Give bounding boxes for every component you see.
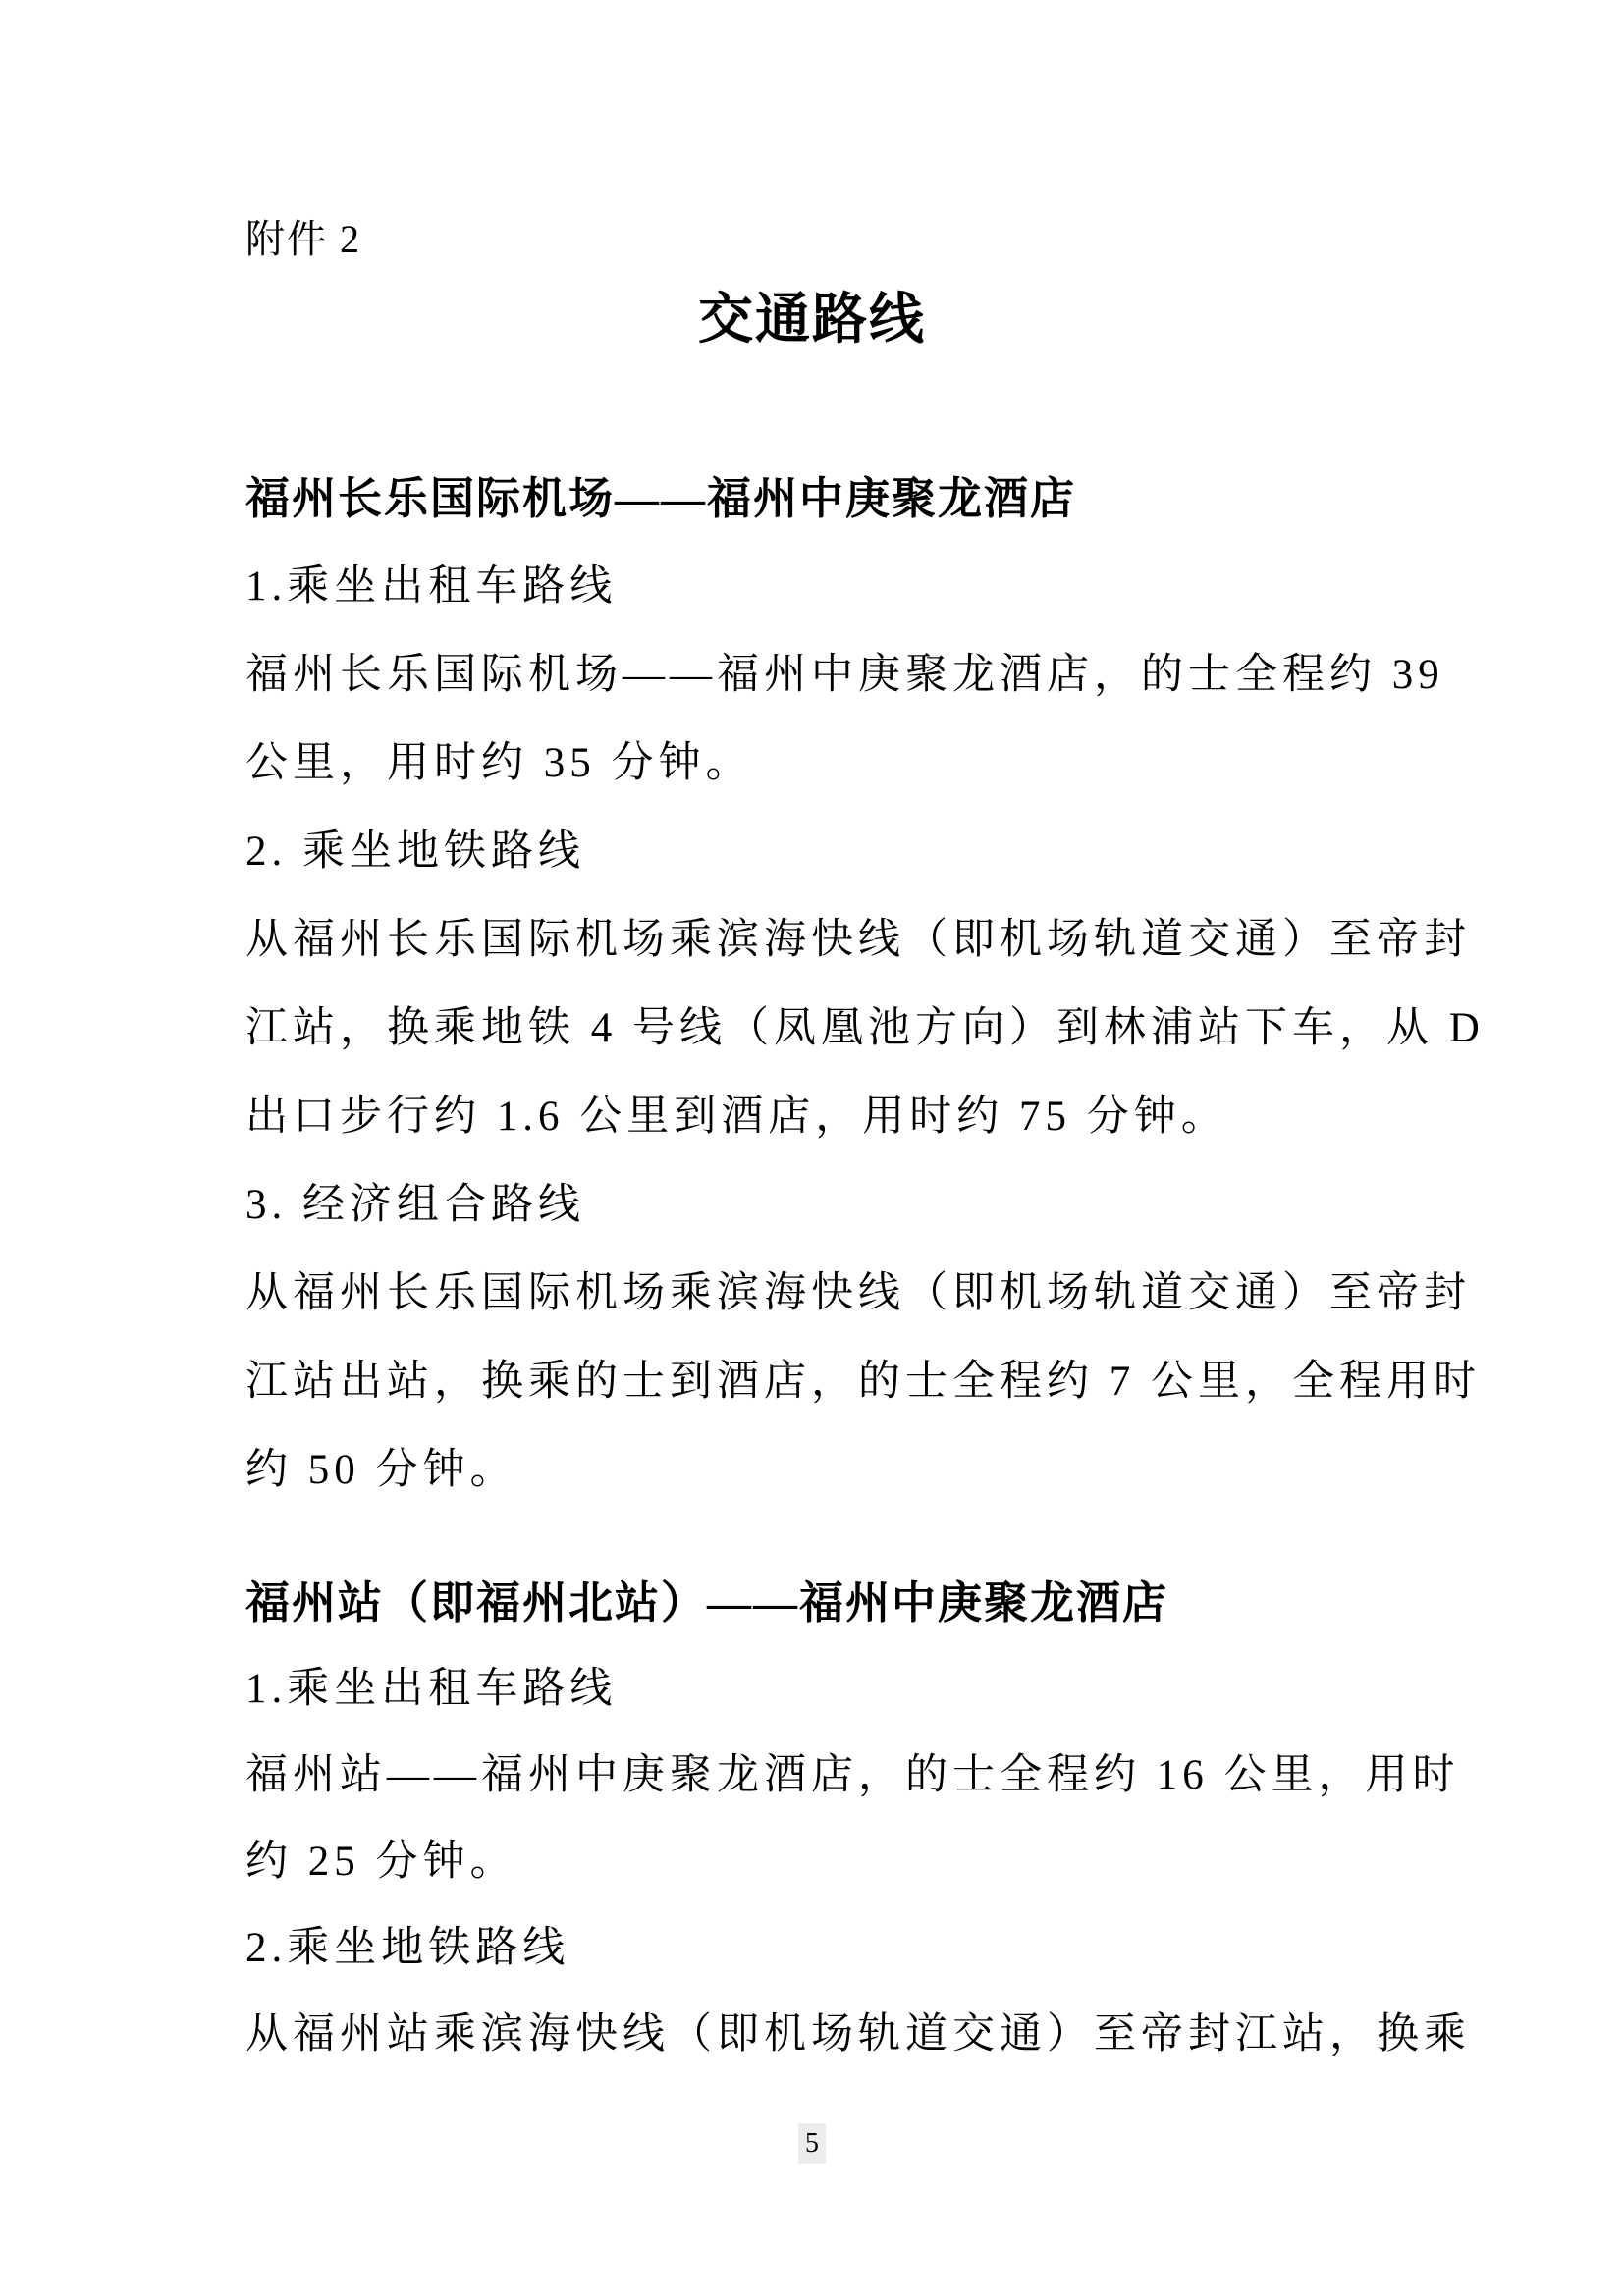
text-line: 出口步行约 1.6 公里到酒店，用时约 75 分钟。 — [245, 1073, 1388, 1161]
text-line: 2. 乘坐地铁路线 — [245, 808, 1388, 896]
text-line: 从福州站乘滨海快线（即机场轨道交通）至帝封江站，换乘 — [245, 1992, 1388, 2078]
text-line: 1.乘坐出租车路线 — [245, 543, 1388, 631]
section-airport-to-hotel: 福州长乐国际机场——福州中庚聚龙酒店 1.乘坐出租车路线 福州长乐国际机场——福… — [245, 454, 1388, 1515]
text-line: 江站出站，换乘的士到酒店，的士全程约 7 公里，全程用时 — [245, 1338, 1388, 1426]
text-line: 从福州长乐国际机场乘滨海快线（即机场轨道交通）至帝封 — [245, 896, 1388, 985]
document-page: 附件 2 交通路线 福州长乐国际机场——福州中庚聚龙酒店 1.乘坐出租车路线 福… — [0, 0, 1624, 2296]
document-title: 交通路线 — [0, 289, 1624, 351]
text-line: 福州站——福州中庚聚龙酒店，的士全程约 16 公里，用时 — [245, 1733, 1388, 1819]
text-line: 从福州长乐国际机场乘滨海快线（即机场轨道交通）至帝封 — [245, 1250, 1388, 1338]
page-number: 5 — [798, 2123, 826, 2164]
text-line: 福州长乐国际机场——福州中庚聚龙酒店，的士全程约 39 — [245, 631, 1388, 720]
text-line: 约 25 分钟。 — [245, 1819, 1388, 1905]
text-line: 公里，用时约 35 分钟。 — [245, 720, 1388, 808]
text-line: 3. 经济组合路线 — [245, 1161, 1388, 1250]
text-line: 江站，换乘地铁 4 号线（凤凰池方向）到林浦站下车，从 D — [245, 985, 1388, 1073]
text-line: 2.乘坐地铁路线 — [245, 1905, 1388, 1992]
section-heading: 福州站（即福州北站）——福州中庚聚龙酒店 — [245, 1560, 1388, 1646]
text-line: 约 50 分钟。 — [245, 1426, 1388, 1515]
text-line: 1.乘坐出租车路线 — [245, 1646, 1388, 1733]
section-heading: 福州长乐国际机场——福州中庚聚龙酒店 — [245, 454, 1388, 543]
page-footer: 5 — [0, 2123, 1624, 2164]
section-station-to-hotel: 福州站（即福州北站）——福州中庚聚龙酒店 1.乘坐出租车路线 福州站——福州中庚… — [245, 1560, 1388, 2078]
attachment-label: 附件 2 — [245, 210, 361, 269]
